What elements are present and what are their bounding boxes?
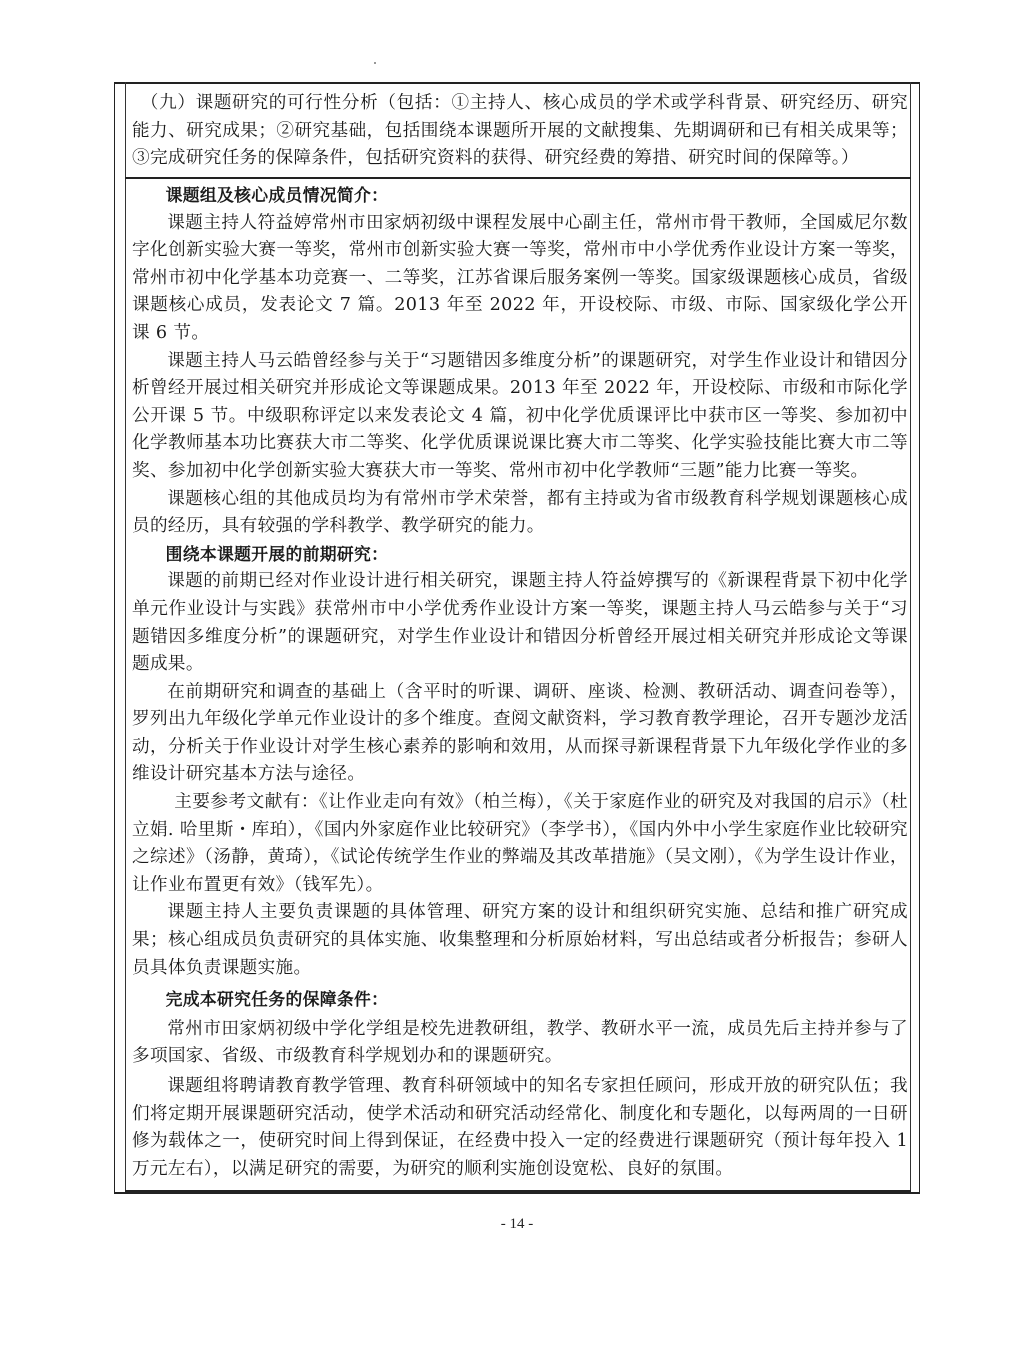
paragraph-investigation-basis: 在前期研究和调查的基础上（含平时的听课、调研、座谈、检测、教研活动、调查问卷等）… — [132, 679, 908, 789]
section-header-text: （九）课题研究的可行性分析（包括：①主持人、核心成员的学术或学科背景、研究经历、… — [132, 90, 908, 173]
table-content: （九）课题研究的可行性分析（包括：①主持人、核心成员的学术或学科背景、研究经历、… — [132, 88, 908, 1183]
paragraph-host-1-bio: 课题主持人符益婷常州市田家炳初级中课程发展中心副主任，常州市骨干教师，全国威尼尔… — [132, 210, 908, 348]
table-inner-bottom-border — [125, 1190, 911, 1192]
paragraph-team-strength: 常州市田家炳初级中学化学组是校先进教研组，教学、教研水平一流，成员先后主持并参与… — [132, 1016, 908, 1071]
paragraph-experts-funding: 课题组将聘请教育教学管理、教育科研领域中的知名专家担任顾问，形成开放的研究队伍；… — [132, 1073, 908, 1183]
section-heading-guarantees: 完成本研究任务的保障条件： — [132, 986, 908, 1014]
paragraph-references: 主要参考文献有：《让作业走向有效》（柏兰梅），《关于家庭作业的研究及对我国的启示… — [132, 789, 908, 899]
table-inner-right-border — [910, 82, 911, 1192]
page-number: - 14 - — [0, 1216, 1024, 1233]
paragraph-core-members: 课题核心组的其他成员均为有常州市学术荣誉，都有主持或为省市级教育科学规划课题核心… — [132, 486, 908, 541]
paragraph-host-2-bio: 课题主持人马云皓曾经参与关于“习题错因多维度分析”的课题研究，对学生作业设计和错… — [132, 348, 908, 486]
section-body-cell: 课题组及核心成员情况简介： 课题主持人符益婷常州市田家炳初级中课程发展中心副主任… — [132, 178, 908, 1183]
section-heading-prior-research: 围绕本课题开展的前期研究： — [132, 541, 908, 569]
paragraph-responsibilities: 课题主持人主要负责课题的具体管理、研究方案的设计和组织研究实施、总结和推广研究成… — [132, 899, 908, 982]
paragraph-prior-research: 课题的前期已经对作业设计进行相关研究，课题主持人符益婷撰写的《新课程背景下初中化… — [132, 568, 908, 678]
table-inner-left-border — [125, 82, 126, 1192]
section-heading-team: 课题组及核心成员情况简介： — [132, 182, 908, 210]
section-header-cell: （九）课题研究的可行性分析（包括：①主持人、核心成员的学术或学科背景、研究经历、… — [132, 88, 908, 178]
scan-speck — [374, 62, 376, 64]
